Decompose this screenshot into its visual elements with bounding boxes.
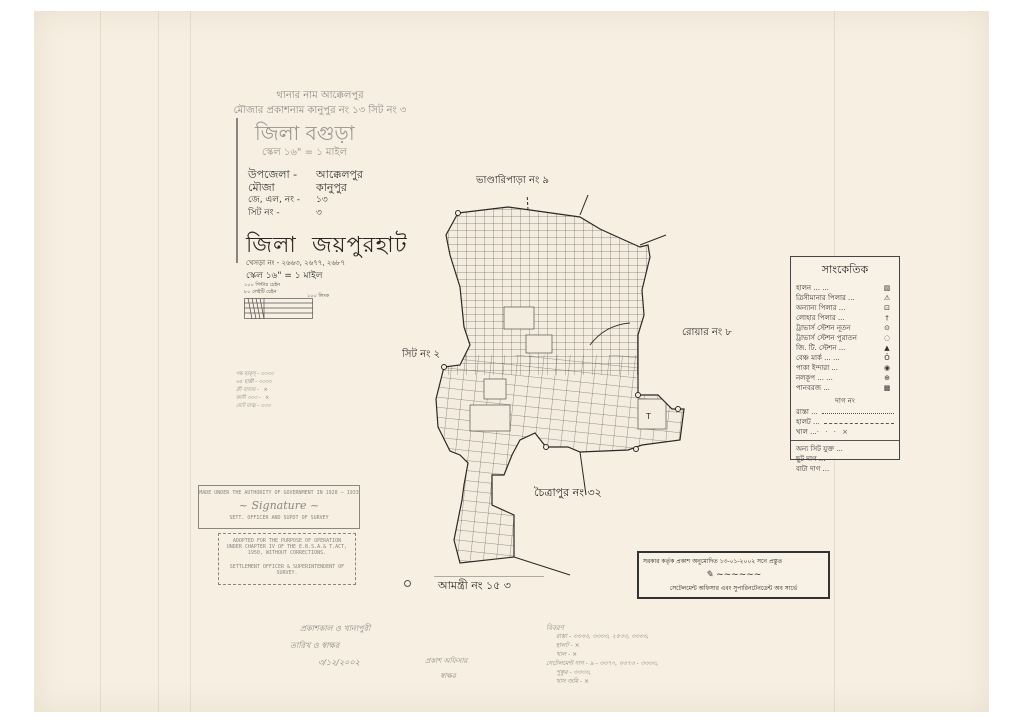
legend-box: সাংকেতিক হালন ... ...▨ ত্রিসীমানার পিলার… (790, 256, 900, 460)
sheet-row: সিট নং -৩ (248, 207, 438, 220)
legend-item: ত্রিসীমানার পিলার ...⚠ (791, 293, 899, 303)
hatched-box-icon: ▨ (880, 283, 894, 293)
old-scale: স্কেল ১৬" = ১ মাইল (262, 145, 347, 162)
info-block-border (236, 118, 238, 263)
handwritten-date: ৩/১২/২০০২ (318, 657, 360, 670)
legend-item: নলকূপ ... ...⊕ (791, 373, 899, 383)
legend-item: বেঞ্চ মার্ক ... ...Ô (791, 353, 899, 363)
tube-well-icon: ⊕ (880, 373, 894, 383)
handwritten-officer: প্রকাশ অফিসার (425, 655, 467, 667)
gt-station-icon: ▲ (880, 343, 894, 353)
legend-subheading: দাগ নং (791, 395, 899, 407)
fold-line (158, 11, 159, 712)
adjacent-east: রোয়ার নং ৮ (682, 325, 732, 342)
officer-signature: ✎ ~~~~~~ (639, 570, 828, 580)
handwritten-sign: স্বাক্ষর (440, 670, 456, 682)
legend-item: লোহার পিলার ...† (791, 313, 899, 323)
legend-line-road: রাস্তা ... (791, 407, 899, 417)
tri-junction-pillar-icon: ⚠ (880, 293, 894, 303)
iron-pillar-icon: † (880, 313, 894, 323)
publication-certificate: সরকার কর্তৃক প্রকাশ অনুমোদিত ১৩-০১-২০০২ … (637, 551, 830, 599)
old-traverse-station-icon: ◌ (880, 333, 894, 343)
svg-text:T: T (645, 412, 651, 421)
certificate-top-text: সরকার কর্তৃক প্রকাশ অনুমোদিত ১৩-০১-২০০২ … (643, 556, 824, 567)
adoption-stamp: ADOPTED FOR THE PURPOSE OF OPERATION UND… (218, 533, 356, 585)
legend-item: অন্যান্য পিলার ...⊡ (791, 303, 899, 313)
adjacent-north: ভাণ্ডারিপাড়া নং ৯ (476, 173, 549, 190)
legend-item: ট্রাভার্স স্টেশন পুরাতন◌ (791, 333, 899, 343)
legend-title: সাংকেতিক (791, 261, 899, 280)
legend-item: হালন ... ...▨ (791, 283, 899, 293)
legend-line-canal: খাল ...· · · × (791, 427, 899, 437)
adjacent-west: সিট নং ২ (402, 347, 440, 364)
mouza-info: উপজেলা -আক্কেলপুর মৌজাকানুপুর জে, এল, নং… (248, 168, 438, 220)
legend-item: ট্রাভার্স স্টেশন নূতন⊙ (791, 323, 899, 333)
jl-row: জে, এল, নং -১৩ (248, 194, 438, 207)
adjacent-south: আমন্ত্রী নং ১৫ ৩ (438, 577, 511, 596)
betel-garden-icon: ▩ (880, 383, 894, 393)
survey-authority-stamp: MADE UNDER THE AUTHORITY OF GOVERNMENT I… (198, 485, 360, 529)
pillar-icon: ⊡ (880, 303, 894, 313)
adjacent-south-east: চৈত্রাপুর নং ৩২ (534, 484, 602, 503)
mouza-parcel-map[interactable]: T (430, 195, 690, 585)
upazila-value: আক্কেলপুর (316, 168, 363, 181)
legend-divider (791, 440, 899, 441)
upazila-row: উপজেলা -আক্কেলপুর (248, 168, 438, 181)
legend-item: জি. টি. স্টেশন ...▲ (791, 343, 899, 353)
legend-line-halot: হালট ... (791, 417, 899, 427)
scale-bar-labels: ১০০ গিন্টার চেইন ৮০ লেইটি চেইন (244, 282, 280, 296)
handwritten-publication-note: প্রকাশকাল ও খানাপুরী (300, 623, 370, 636)
notes-list: রাস্তা - ৩৩৩৩, ৩৩৩৩, ২৫৩৩, ৩৩৩৩, হালট - … (556, 632, 658, 686)
legend-item: বাটা দাগ ... (791, 464, 899, 474)
pencil-notes-left: ৎক্ষ ছাক্স্ - ৩৩৩৩৬৫ ছাক্সী - ৩৩৩৩ক্রী ব… (236, 370, 274, 410)
bench-mark-icon: Ô (880, 353, 894, 363)
handwritten-signature-note: তারিখ ও স্বাক্ষর (290, 640, 339, 653)
fold-line (190, 11, 191, 712)
certificate-bottom-text: সেটেলমেন্ট অফিসার এবং সুপারিনটেনডেন্ট অব… (643, 583, 824, 594)
legend-item: অন্য সিট যুক্ত ... (791, 444, 899, 454)
legend-item: পাকা ইন্দারা ...◉ (791, 363, 899, 373)
scale-text: স্কেল ১৬" = ১ মাইল (246, 268, 323, 283)
legend-item: ছুট দাগ ... (791, 454, 899, 464)
sheet-value: ৩ (316, 207, 322, 220)
fold-line (100, 11, 101, 712)
new-traverse-station-icon: ⊙ (880, 323, 894, 333)
mouza-row: মৌজাকানুপুর (248, 181, 438, 194)
pucca-well-icon: ◉ (880, 363, 894, 373)
jl-value: ১৩ (316, 194, 328, 207)
scale-bar (244, 298, 314, 320)
sheet-divider (434, 576, 544, 577)
legend-item: পানবরজ ...▩ (791, 383, 899, 393)
mouza-value: কানুপুর (316, 181, 347, 194)
survey-point-icon (404, 580, 411, 587)
